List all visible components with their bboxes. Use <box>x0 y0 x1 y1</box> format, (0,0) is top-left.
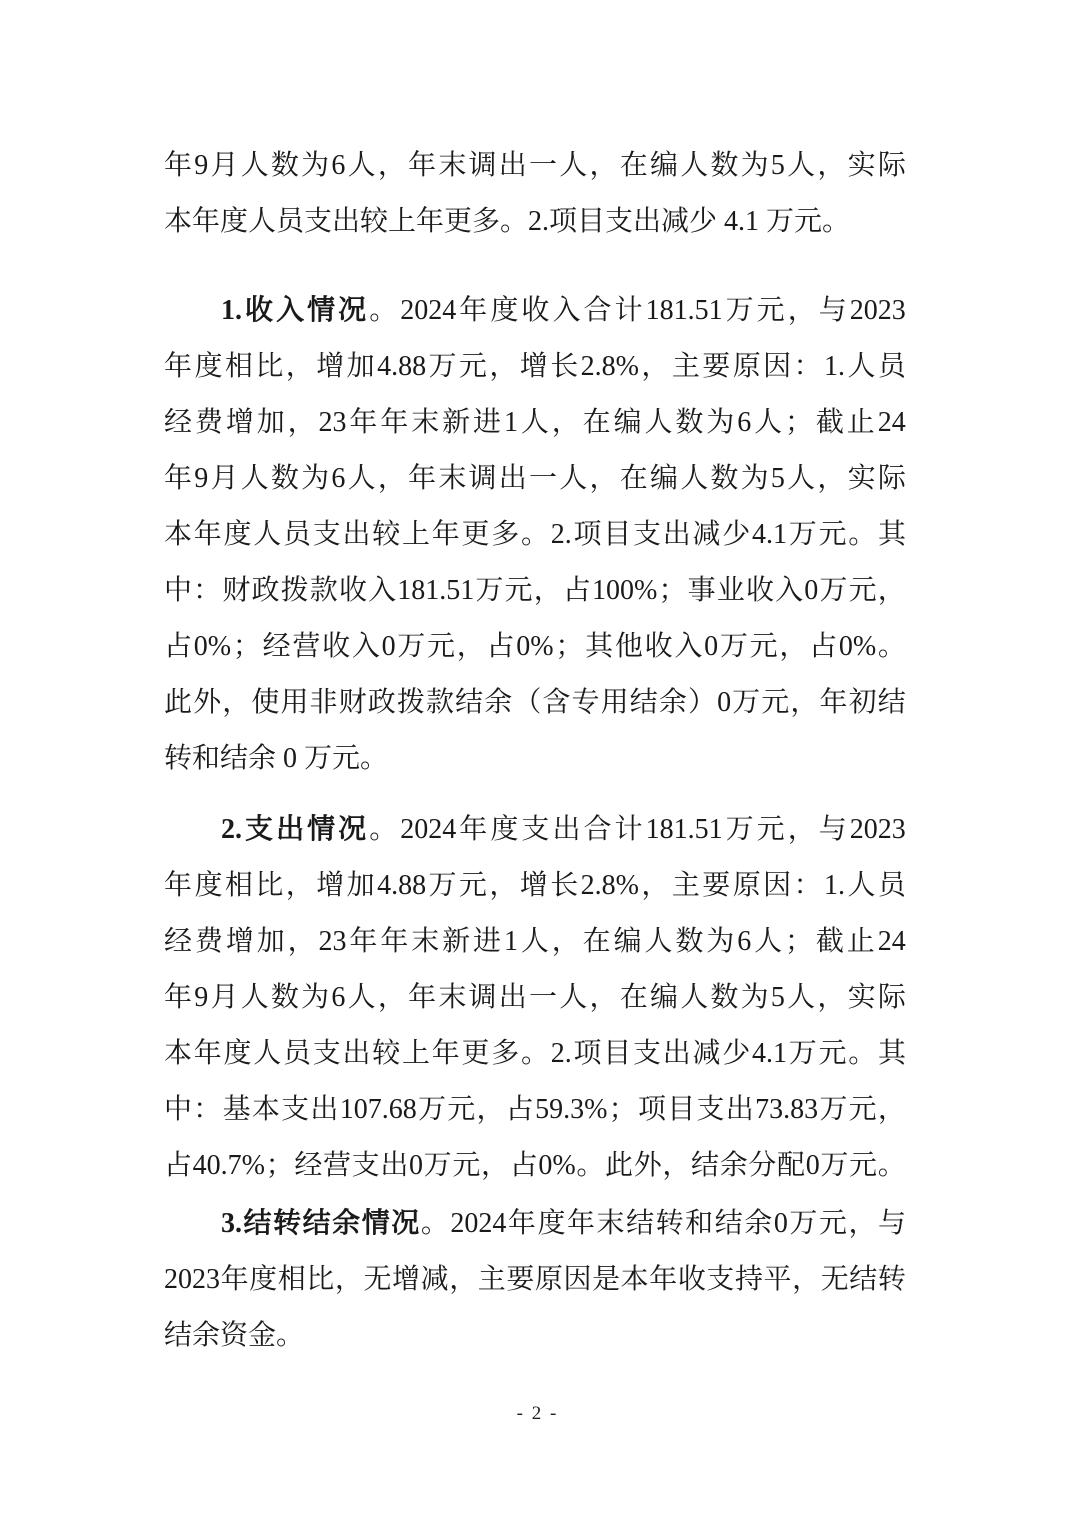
text-line: 中：基本支出107.68万元，占59.3%；项目支出73.83万元， <box>164 1082 906 1138</box>
text-line: 经费增加，23年年末新进1人，在编人数为6人；截止24 <box>164 914 906 970</box>
document-page: 年9月人数为6人，年末调出一人，在编人数为5人，实际本年度人员支出较上年更多。2… <box>0 0 1075 1520</box>
text-line: 结余资金。 <box>164 1308 906 1364</box>
page-number: - 2 - <box>0 1400 1075 1428</box>
document-body: 年9月人数为6人，年末调出一人，在编人数为5人，实际本年度人员支出较上年更多。2… <box>164 138 906 1364</box>
text-line: 2023年度相比，无增减，主要原因是本年收支持平，无结转 <box>164 1252 906 1308</box>
text-line: 中：财政拨款收入181.51万元，占100%；事业收入0万元， <box>164 563 906 619</box>
text-line: 年度相比，增加4.88万元，增长2.8%，主要原因：1.人员 <box>164 339 906 395</box>
paragraph: 年9月人数为6人，年末调出一人，在编人数为5人，实际本年度人员支出较上年更多。2… <box>164 138 906 250</box>
text-line: 转和结余 0 万元。 <box>164 731 906 787</box>
text-line: 经费增加，23年年末新进1人，在编人数为6人；截止24 <box>164 395 906 451</box>
text-line: 年9月人数为6人，年末调出一人，在编人数为5人，实际 <box>164 451 906 507</box>
text-line: 此外，使用非财政拨款结余（含专用结余）0万元，年初结 <box>164 675 906 731</box>
text-line: 本年度人员支出较上年更多。2.项目支出减少 4.1 万元。 <box>164 194 906 250</box>
text-line: 年9月人数为6人，年末调出一人，在编人数为5人，实际 <box>164 138 906 194</box>
text-line: 占40.7%；经营支出0万元，占0%。此外，结余分配0万元。 <box>164 1138 906 1194</box>
text-line: 本年度人员支出较上年更多。2.项目支出减少4.1万元。其 <box>164 1026 906 1082</box>
text-line: 3.结转结余情况。2024年度年末结转和结余0万元，与 <box>164 1196 906 1252</box>
text-line: 年度相比，增加4.88万元，增长2.8%，主要原因：1.人员 <box>164 858 906 914</box>
paragraph: 2.支出情况。2024年度支出合计181.51万元，与2023年度相比，增加4.… <box>164 802 906 1194</box>
text-line: 占0%；经营收入0万元，占0%；其他收入0万元，占0%。 <box>164 619 906 675</box>
paragraph: 1.收入情况。2024年度收入合计181.51万元，与2023年度相比，增加4.… <box>164 283 906 787</box>
text-line: 1.收入情况。2024年度收入合计181.51万元，与2023 <box>164 283 906 339</box>
text-line: 年9月人数为6人，年末调出一人，在编人数为5人，实际 <box>164 970 906 1026</box>
paragraph: 3.结转结余情况。2024年度年末结转和结余0万元，与2023年度相比，无增减，… <box>164 1196 906 1364</box>
text-line: 2.支出情况。2024年度支出合计181.51万元，与2023 <box>164 802 906 858</box>
text-line: 本年度人员支出较上年更多。2.项目支出减少4.1万元。其 <box>164 507 906 563</box>
